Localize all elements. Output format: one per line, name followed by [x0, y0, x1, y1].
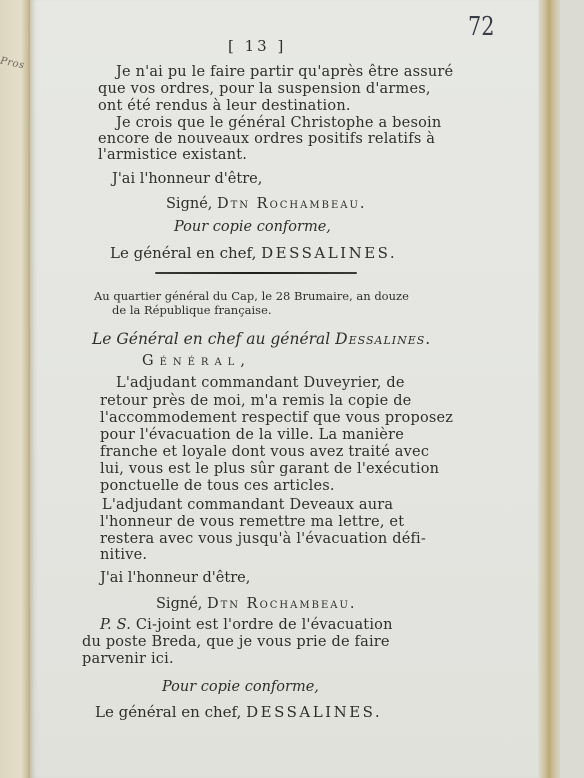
letter1-p2-line2: encore de nouveaux ordres positifs relat… — [98, 131, 435, 148]
certifier-name: DESSALINES. — [246, 703, 382, 721]
page-number: [ 13 ] — [228, 37, 286, 55]
letter1-p2-line3: l'armistice existant. — [98, 147, 247, 164]
letter2-p1-line3: l'accommodement respectif que vous propo… — [100, 410, 453, 427]
certifier-name: DESSALINES. — [261, 244, 397, 262]
heading-addressee: Dessalines. — [335, 330, 431, 348]
letter2-ps-line3: parvenir ici. — [82, 651, 174, 668]
letter1-certification: Le général en chef, DESSALINES. — [110, 245, 397, 262]
letter2-p2-line4: nitive. — [100, 547, 147, 564]
letter2-heading: Le Général en chef au général Dessalines… — [92, 331, 431, 348]
ps-label: P. S. — [100, 617, 131, 633]
letter2-p1-line7: ponctuelle de tous ces articles. — [100, 478, 335, 495]
letter2-dateline-2: de la République française. — [112, 303, 272, 317]
next-page-edge — [560, 0, 584, 778]
ps-text: Ci-joint est l'ordre de l'évacuation — [136, 617, 393, 633]
letter2-p1-line6: lui, vous est le plus sûr garant de l'ex… — [100, 461, 439, 478]
folio-number: 72 — [468, 12, 494, 42]
letter2-closing: J'ai l'honneur d'être, — [100, 570, 250, 587]
signed-prefix: Signé, — [166, 196, 212, 212]
certifier-prefix: Le général en chef, — [95, 703, 241, 721]
letter1-signature: Signé, Dtn Rochambeau. — [166, 196, 367, 213]
letter2-ps-line2: du poste Breda, que je vous prie de fair… — [82, 634, 390, 651]
letter2-salutation: Général, — [142, 353, 251, 370]
letter2-signature: Signé, Dtn Rochambeau. — [156, 596, 357, 613]
letter2-certification: Le général en chef, DESSALINES. — [95, 704, 382, 721]
signed-prefix: Signé, — [156, 596, 202, 612]
letter1-closing: J'ai l'honneur d'être, — [112, 171, 262, 188]
page-edge-stain — [538, 0, 560, 778]
letter2-p1-line4: pour l'évacuation de la ville. La manièr… — [100, 427, 404, 444]
letter1-p1-line1: Je n'ai pu le faire partir qu'après être… — [116, 64, 453, 81]
signatory-name: Dtn Rochambeau. — [217, 196, 367, 212]
letter2-p2-line2: l'honneur de vous remettre ma lettre, et — [100, 514, 404, 531]
letter2-p1-line2: retour près de moi, m'a remis la copie d… — [100, 393, 411, 410]
letter2-p2-line1: L'adjudant commandant Deveaux aura — [102, 497, 393, 514]
letter2-ps-line1: P. S. Ci-joint est l'ordre de l'évacuati… — [100, 617, 393, 634]
letter2-p2-line3: restera avec vous jusqu'à l'évacuation d… — [100, 531, 426, 548]
section-divider — [155, 272, 357, 274]
letter2-copy-note: Pour copie conforme, — [162, 679, 319, 696]
letter2-dateline-1: Au quartier général du Cap, le 28 Brumai… — [94, 289, 409, 303]
heading-prefix: Le Général en chef au général — [92, 330, 330, 348]
letter1-p1-line2: que vos ordres, pour la suspension d'arm… — [98, 81, 431, 98]
certifier-prefix: Le général en chef, — [110, 244, 256, 262]
signatory-name: Dtn Rochambeau. — [207, 596, 357, 612]
letter1-p2-line1: Je crois que le général Christophe a bes… — [116, 115, 441, 132]
facing-page-edge: Pros — [0, 0, 30, 778]
letter2-p1-line1: L'adjudant commandant Duveyrier, de — [116, 375, 405, 392]
letter2-p1-line5: franche et loyale dont vous avez traité … — [100, 444, 429, 461]
letter1-p1-line3: ont été rendus à leur destination. — [98, 98, 351, 115]
letter1-copy-note: Pour copie conforme, — [174, 219, 331, 236]
handwritten-margin-note: Pros — [0, 56, 26, 72]
